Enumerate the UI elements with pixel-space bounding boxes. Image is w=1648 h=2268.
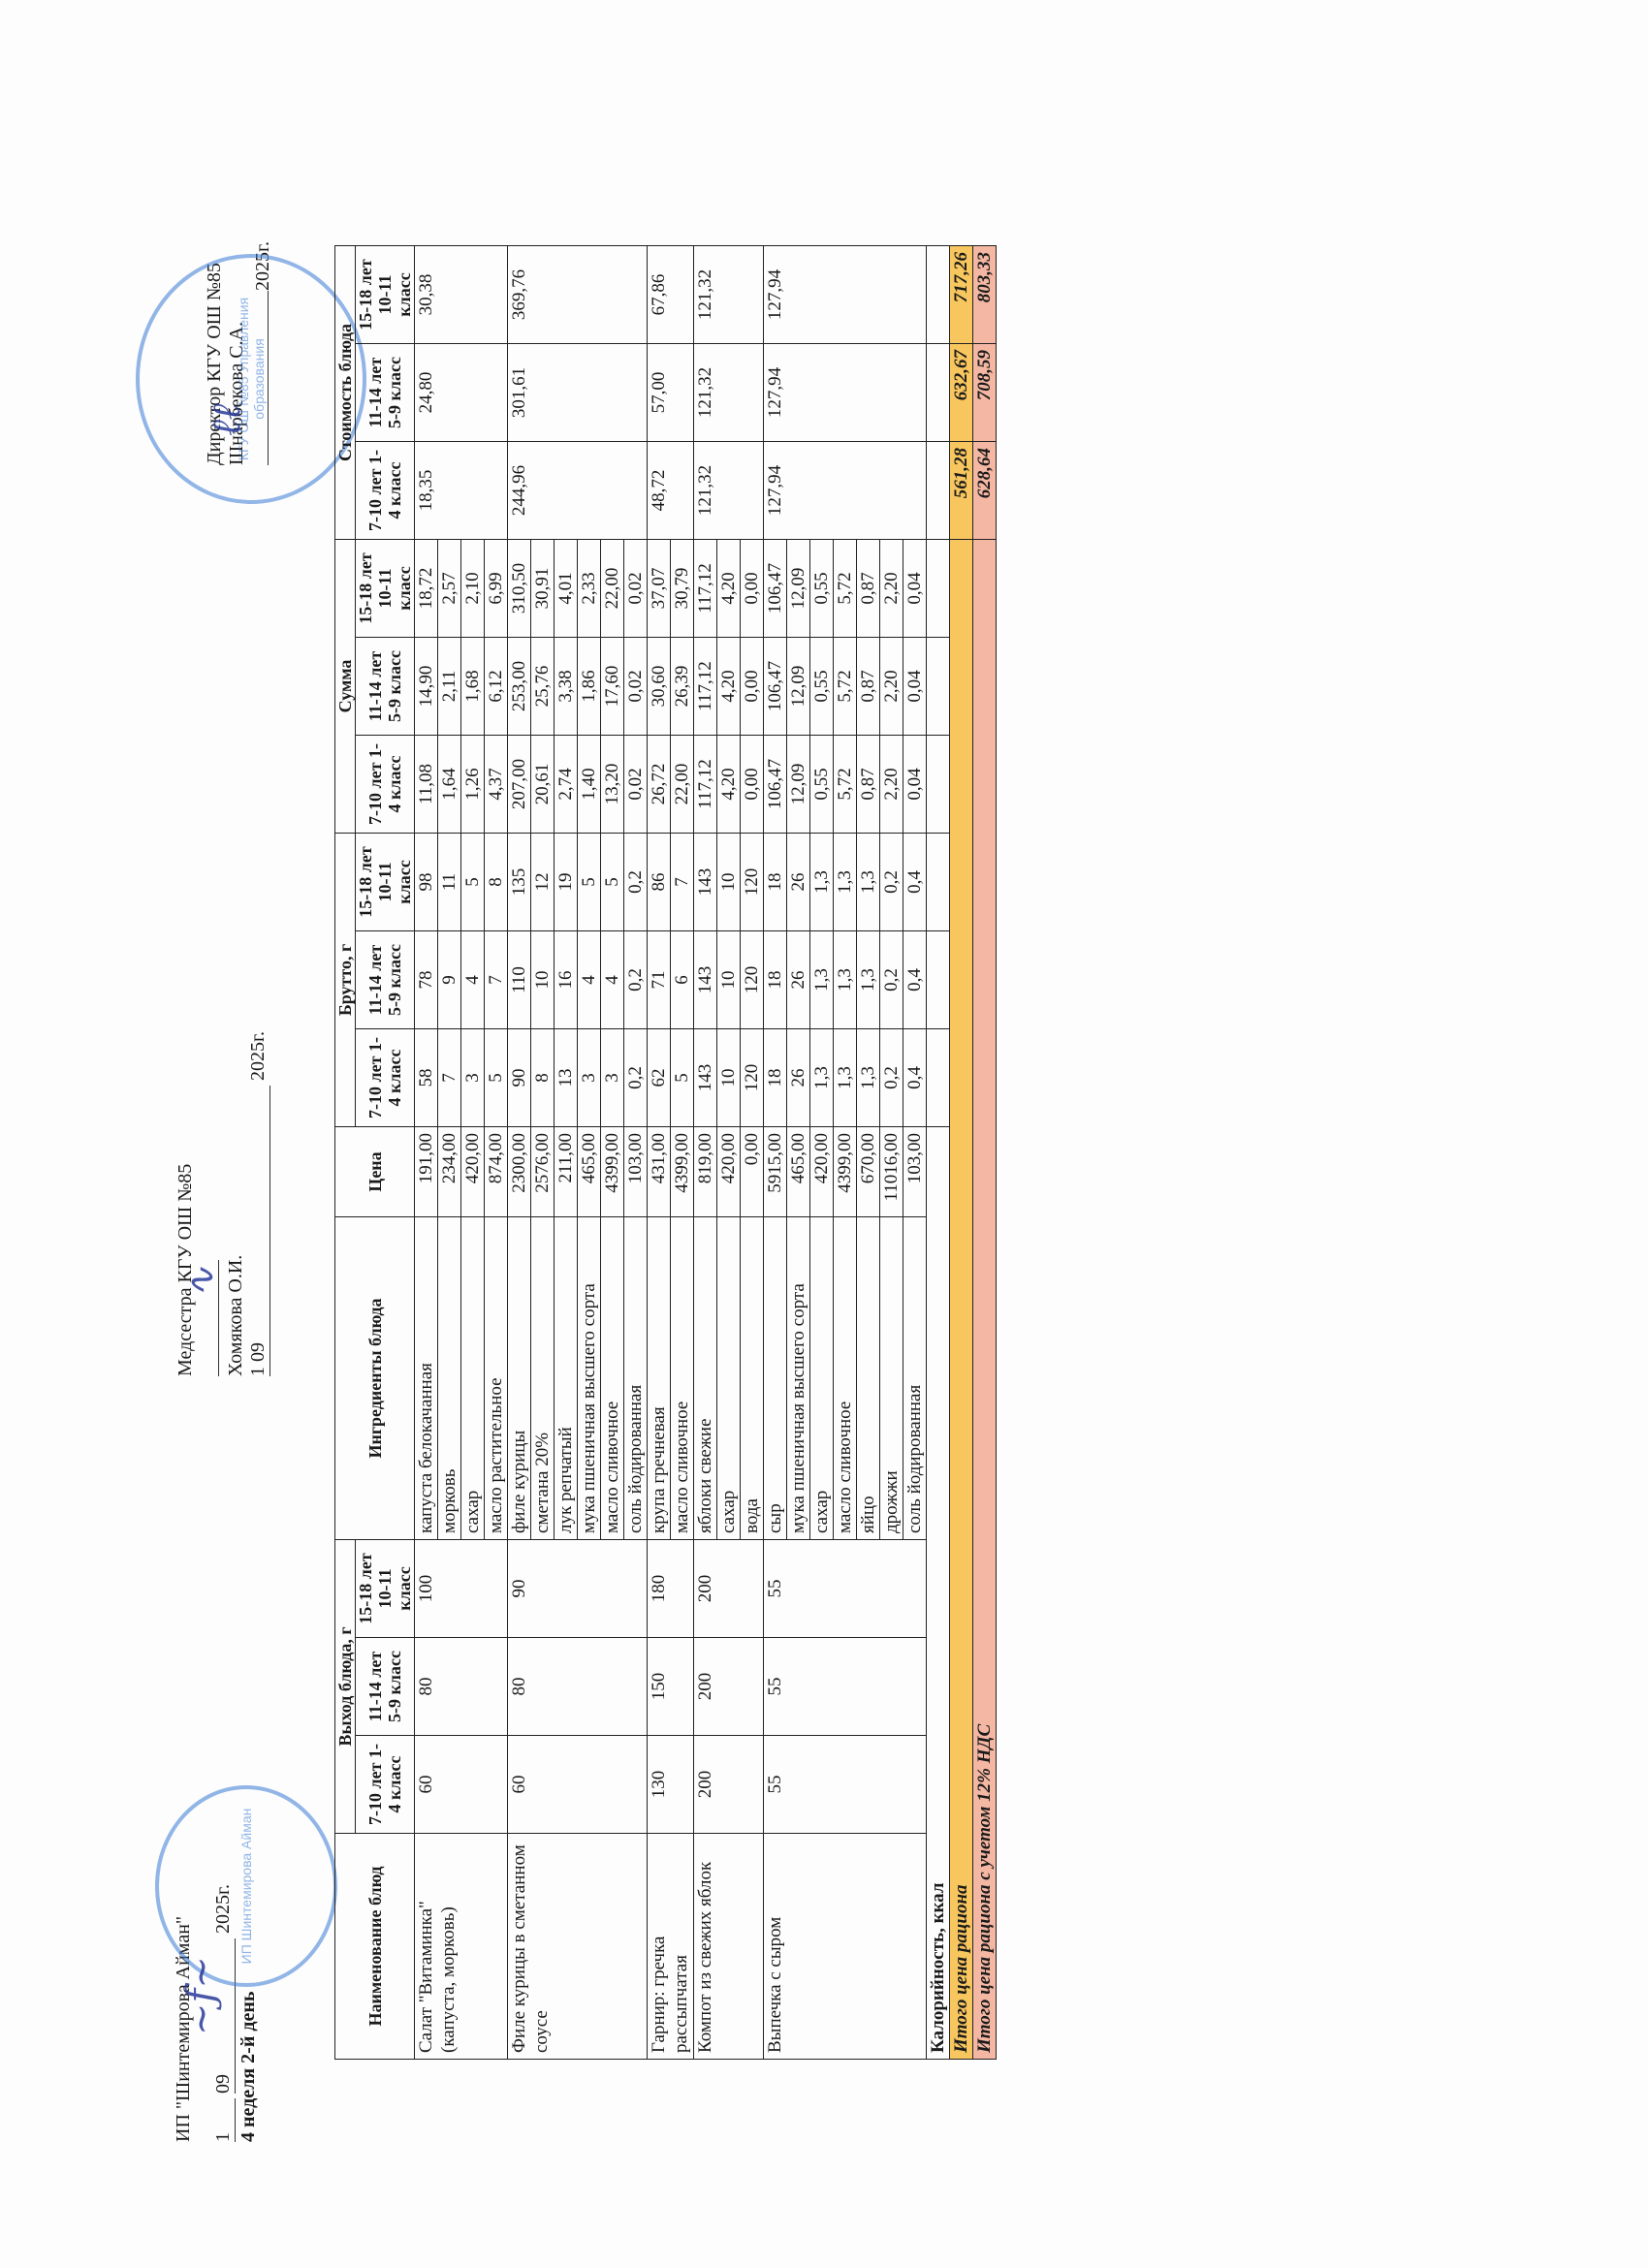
ingredient-name: морковь bbox=[438, 1217, 461, 1540]
ingredient-price: 103,00 bbox=[624, 1127, 648, 1217]
calories-cell bbox=[927, 246, 950, 344]
total-vat-row: Итого цена рациона с учетом 12% НДС628,6… bbox=[973, 246, 997, 2060]
ingredient-brutto: 120 bbox=[741, 834, 764, 931]
ingredient-sum: 1,40 bbox=[578, 736, 601, 834]
ingredient-sum: 1,86 bbox=[578, 638, 601, 736]
header-age-group: 11-14 лет 5-9 класс bbox=[356, 931, 415, 1029]
ingredient-name: масло растительное bbox=[485, 1217, 508, 1540]
ingredient-brutto: 3 bbox=[601, 1029, 624, 1127]
dish-cost: 121,32 bbox=[694, 246, 764, 344]
header-age-group: 11-14 лет 5-9 класс bbox=[356, 1638, 415, 1736]
ingredient-sum: 30,60 bbox=[648, 638, 671, 736]
header-yield: Выход блюда, г bbox=[335, 1540, 356, 1834]
dish-cost: 127,94 bbox=[764, 246, 927, 344]
nurse-title: Медсестра КГУ ОШ №85 bbox=[174, 1031, 197, 1376]
header-dish: Наименование блюд bbox=[335, 1834, 415, 2060]
ingredient-sum: 12,09 bbox=[787, 638, 810, 736]
ingredient-sum: 2,57 bbox=[438, 540, 461, 638]
ingredient-sum: 1,26 bbox=[461, 736, 485, 834]
ingredient-name: сахар bbox=[717, 1217, 741, 1540]
ingredient-sum: 12,09 bbox=[787, 540, 810, 638]
dish-cost: 121,32 bbox=[694, 442, 764, 540]
ingredient-price: 2576,00 bbox=[531, 1127, 555, 1217]
dish-cost: 67,86 bbox=[648, 246, 694, 344]
header-age-group: 7-10 лет 1-4 класс bbox=[356, 1736, 415, 1834]
ingredient-sum: 2,20 bbox=[880, 540, 903, 638]
ingredient-sum: 2,74 bbox=[555, 736, 578, 834]
ingredient-brutto: 143 bbox=[694, 834, 717, 931]
dish-name: Компот из свежих яблок bbox=[694, 1834, 764, 2060]
dish-cost: 369,76 bbox=[508, 246, 648, 344]
dish-name: Выпечка с сыром bbox=[764, 1834, 927, 2060]
ingredient-sum: 22,00 bbox=[671, 736, 694, 834]
ingredient-sum: 1,68 bbox=[461, 638, 485, 736]
menu-table: Наименование блюдВыход блюда, гИнгредиен… bbox=[334, 245, 997, 2060]
ingredient-sum: 25,76 bbox=[531, 638, 555, 736]
ingredient-price: 234,00 bbox=[438, 1127, 461, 1217]
supplier-date-day: 1 bbox=[212, 2098, 236, 2142]
header-age-group: 15-18 лет 10-11 класс bbox=[356, 246, 415, 344]
calories-cell bbox=[927, 540, 950, 638]
ingredient-brutto: 19 bbox=[555, 834, 578, 931]
total-vat-row-value: 708,59 bbox=[973, 344, 997, 442]
ingredient-brutto: 143 bbox=[694, 931, 717, 1029]
ingredient-sum: 4,37 bbox=[485, 736, 508, 834]
ingredient-brutto: 62 bbox=[648, 1029, 671, 1127]
ingredient-sum: 0,02 bbox=[624, 540, 648, 638]
ingredient-brutto: 58 bbox=[415, 1029, 438, 1127]
ingredient-sum: 310,50 bbox=[508, 540, 531, 638]
school-stamp: КГУ ОШ №85 Управления образования bbox=[136, 254, 366, 504]
ingredient-sum: 253,00 bbox=[508, 638, 531, 736]
ingredient-sum: 0,55 bbox=[810, 638, 834, 736]
dish-yield: 60 bbox=[508, 1736, 648, 1834]
ingredient-brutto: 143 bbox=[694, 1029, 717, 1127]
ingredient-brutto: 0,2 bbox=[880, 834, 903, 931]
ingredient-brutto: 1,3 bbox=[810, 834, 834, 931]
ingredient-brutto: 0,2 bbox=[624, 931, 648, 1029]
ingredient-brutto: 26 bbox=[787, 1029, 810, 1127]
dish-yield: 80 bbox=[415, 1638, 508, 1736]
dish-name: Филе курицы в сметанном соусе bbox=[508, 1834, 648, 2060]
ingredient-name: масло сливочное bbox=[834, 1217, 857, 1540]
dish-cost: 30,38 bbox=[415, 246, 508, 344]
ingredient-name: мука пшеничная высшего сорта bbox=[787, 1217, 810, 1540]
nurse-date: 1 09 bbox=[247, 1086, 270, 1376]
ingredient-brutto: 1,3 bbox=[857, 834, 880, 931]
total-vat-row-value: 803,33 bbox=[973, 246, 997, 344]
ingredient-sum: 0,00 bbox=[741, 736, 764, 834]
ingredient-price: 5915,00 bbox=[764, 1127, 787, 1217]
calories-cell bbox=[927, 1029, 950, 1127]
ingredient-price: 103,00 bbox=[903, 1127, 927, 1217]
ingredient-price: 4399,00 bbox=[834, 1127, 857, 1217]
ingredient-sum: 13,20 bbox=[601, 736, 624, 834]
dish-cost: 121,32 bbox=[694, 344, 764, 442]
ingredient-sum: 2,33 bbox=[578, 540, 601, 638]
ingredient-brutto: 18 bbox=[764, 834, 787, 931]
calories-row: Калорийность, ккал bbox=[927, 246, 950, 2060]
ingredient-sum: 0,55 bbox=[810, 736, 834, 834]
dish-yield: 130 bbox=[648, 1736, 694, 1834]
ingredient-brutto: 6 bbox=[671, 931, 694, 1029]
ingredient-sum: 4,01 bbox=[555, 540, 578, 638]
ingredient-sum: 106,47 bbox=[764, 736, 787, 834]
ingredient-brutto: 8 bbox=[531, 1029, 555, 1127]
ingredient-sum: 22,00 bbox=[601, 540, 624, 638]
ingredient-name: яйцо bbox=[857, 1217, 880, 1540]
ingredient-brutto: 10 bbox=[717, 834, 741, 931]
ingredient-brutto: 1,3 bbox=[810, 1029, 834, 1127]
ingredient-sum: 5,72 bbox=[834, 736, 857, 834]
nurse-signature: ∿ bbox=[179, 1266, 224, 1299]
ingredient-brutto: 5 bbox=[671, 1029, 694, 1127]
calories-cell bbox=[927, 344, 950, 442]
header-age-group: 15-18 лет 10-11 класс bbox=[356, 834, 415, 931]
ingredient-sum: 0,04 bbox=[903, 638, 927, 736]
total-row-value: 632,67 bbox=[950, 344, 973, 442]
ingredient-brutto: 90 bbox=[508, 1029, 531, 1127]
ingredient-sum: 6,99 bbox=[485, 540, 508, 638]
calories-cell bbox=[927, 638, 950, 736]
ingredient-price: 465,00 bbox=[578, 1127, 601, 1217]
ingredient-sum: 0,00 bbox=[741, 540, 764, 638]
ingredient-sum: 0,87 bbox=[857, 638, 880, 736]
total-row-value: 561,28 bbox=[950, 442, 973, 540]
dish-yield: 55 bbox=[764, 1638, 927, 1736]
ingredient-sum: 11,08 bbox=[415, 736, 438, 834]
ingredient-brutto: 0,4 bbox=[903, 1029, 927, 1127]
ingredient-name: соль йодированная bbox=[903, 1217, 927, 1540]
ingredient-sum: 30,91 bbox=[531, 540, 555, 638]
ingredient-price: 0,00 bbox=[741, 1127, 764, 1217]
ingredient-name: мука пшеничная высшего сорта bbox=[578, 1217, 601, 1540]
ingredient-brutto: 12 bbox=[531, 834, 555, 931]
ingredient-sum: 117,12 bbox=[694, 540, 717, 638]
ingredient-sum: 0,00 bbox=[741, 638, 764, 736]
calories-cell bbox=[927, 834, 950, 931]
ingredient-brutto: 18 bbox=[764, 931, 787, 1029]
ingredient-name: сметана 20% bbox=[531, 1217, 555, 1540]
ingredient-sum: 106,47 bbox=[764, 540, 787, 638]
ingredient-sum: 2,20 bbox=[880, 638, 903, 736]
header-price: Цена bbox=[335, 1127, 415, 1217]
dish-yield: 90 bbox=[508, 1540, 648, 1638]
ingredient-sum: 37,07 bbox=[648, 540, 671, 638]
ingredient-price: 420,00 bbox=[810, 1127, 834, 1217]
ingredient-brutto: 10 bbox=[717, 1029, 741, 1127]
ingredient-sum: 5,72 bbox=[834, 638, 857, 736]
ingredient-sum: 5,72 bbox=[834, 540, 857, 638]
dish-yield: 150 bbox=[648, 1638, 694, 1736]
ingredient-brutto: 71 bbox=[648, 931, 671, 1029]
total-vat-row-label: Итого цена рациона с учетом 12% НДС bbox=[973, 540, 997, 2060]
ingredient-brutto: 78 bbox=[415, 931, 438, 1029]
ingredient-brutto: 18 bbox=[764, 1029, 787, 1127]
ingredient-price: 819,00 bbox=[694, 1127, 717, 1217]
ingredient-brutto: 120 bbox=[741, 931, 764, 1029]
ingredient-brutto: 120 bbox=[741, 1029, 764, 1127]
nurse-date-year: 2025г. bbox=[247, 1031, 269, 1081]
ingredient-sum: 207,00 bbox=[508, 736, 531, 834]
ingredient-name: вода bbox=[741, 1217, 764, 1540]
supplier-signature: ~ƒ~ bbox=[179, 1956, 224, 2035]
dish-cost: 24,80 bbox=[415, 344, 508, 442]
ingredient-name: дрожжи bbox=[880, 1217, 903, 1540]
ingredient-sum: 4,20 bbox=[717, 540, 741, 638]
ingredient-brutto: 8 bbox=[485, 834, 508, 931]
dish-cost: 48,72 bbox=[648, 442, 694, 540]
ingredient-price: 670,00 bbox=[857, 1127, 880, 1217]
header-age-group: 11-14 лет 5-9 класс bbox=[356, 344, 415, 442]
dish-name: Салат "Витаминка" (капуста, морковь) bbox=[415, 1834, 508, 2060]
header-age-group: 15-18 лет 10-11 класс bbox=[356, 1540, 415, 1638]
ingredient-sum: 117,12 bbox=[694, 638, 717, 736]
ingredient-brutto: 10 bbox=[531, 931, 555, 1029]
ingredient-price: 420,00 bbox=[717, 1127, 741, 1217]
dish-cost: 127,94 bbox=[764, 344, 927, 442]
ingredient-sum: 0,02 bbox=[624, 736, 648, 834]
header-cost: Стоимость блюда bbox=[335, 246, 356, 540]
ingredient-brutto: 0,4 bbox=[903, 834, 927, 931]
ingredient-sum: 17,60 bbox=[601, 638, 624, 736]
ingredient-price: 4399,00 bbox=[601, 1127, 624, 1217]
ingredient-name: сыр bbox=[764, 1217, 787, 1540]
header-brutto: Брутто, г bbox=[335, 834, 356, 1127]
ingredient-name: яблоки свежие bbox=[694, 1217, 717, 1540]
total-row-value: 717,26 bbox=[950, 246, 973, 344]
menu-document: ИП "Шинтемирова Айман" 1 09 2025г. 4 нед… bbox=[165, 39, 1231, 2152]
dish-yield: 180 bbox=[648, 1540, 694, 1638]
ingredient-sum: 0,04 bbox=[903, 540, 927, 638]
ingredient-name: филе курицы bbox=[508, 1217, 531, 1540]
ingredient-brutto: 5 bbox=[485, 1029, 508, 1127]
dish-cost: 244,96 bbox=[508, 442, 648, 540]
ingredient-brutto: 0,2 bbox=[880, 1029, 903, 1127]
ingredient-brutto: 4 bbox=[461, 931, 485, 1029]
ingredient-brutto: 0,4 bbox=[903, 931, 927, 1029]
dish-cost: 301,61 bbox=[508, 344, 648, 442]
ingredient-price: 4399,00 bbox=[671, 1127, 694, 1217]
ingredient-sum: 2,10 bbox=[461, 540, 485, 638]
ingredient-name: сахар bbox=[461, 1217, 485, 1540]
ingredient-brutto: 4 bbox=[601, 931, 624, 1029]
header-age-group: 11-14 лет 5-9 класс bbox=[356, 638, 415, 736]
ingredient-row: Компот из свежих яблок200200200яблоки св… bbox=[694, 246, 717, 2060]
ingredient-brutto: 13 bbox=[555, 1029, 578, 1127]
ingredient-sum: 0,87 bbox=[857, 736, 880, 834]
ingredient-sum: 1,64 bbox=[438, 736, 461, 834]
director-signature: ℓℓ bbox=[204, 404, 249, 436]
ingredient-sum: 4,20 bbox=[717, 736, 741, 834]
ingredient-sum: 2,11 bbox=[438, 638, 461, 736]
total-row: Итого цена рациона561,28632,67717,26 bbox=[950, 246, 973, 2060]
ingredient-brutto: 5 bbox=[578, 834, 601, 931]
calories-cell bbox=[927, 442, 950, 540]
ingredient-sum: 0,55 bbox=[810, 540, 834, 638]
dish-yield: 80 bbox=[508, 1638, 648, 1736]
ingredient-row: Выпечка с сыром555555сыр5915,00181818106… bbox=[764, 246, 787, 2060]
ingredient-sum: 3,38 bbox=[555, 638, 578, 736]
ingredient-sum: 117,12 bbox=[694, 736, 717, 834]
header-age-group: 7-10 лет 1-4 класс bbox=[356, 736, 415, 834]
ingredient-price: 465,00 bbox=[787, 1127, 810, 1217]
ingredient-name: масло сливочное bbox=[601, 1217, 624, 1540]
ingredient-brutto: 0,2 bbox=[624, 1029, 648, 1127]
dish-yield: 200 bbox=[694, 1736, 764, 1834]
nurse-approval: Медсестра КГУ ОШ №85 Хомякова О.И. 1 09 … bbox=[174, 1031, 270, 1376]
calories-cell bbox=[927, 931, 950, 1029]
header-age-group: 7-10 лет 1-4 класс bbox=[356, 442, 415, 540]
header-row-groups: Наименование блюдВыход блюда, гИнгредиен… bbox=[335, 246, 356, 2060]
dish-yield: 200 bbox=[694, 1638, 764, 1736]
ingredient-brutto: 7 bbox=[485, 931, 508, 1029]
ingredient-brutto: 135 bbox=[508, 834, 531, 931]
ingredient-sum: 6,12 bbox=[485, 638, 508, 736]
ingredient-brutto: 7 bbox=[671, 834, 694, 931]
ingredient-price: 431,00 bbox=[648, 1127, 671, 1217]
ingredient-brutto: 1,3 bbox=[810, 931, 834, 1029]
ingredient-sum: 30,79 bbox=[671, 540, 694, 638]
ingredient-brutto: 9 bbox=[438, 931, 461, 1029]
ingredient-sum: 0,04 bbox=[903, 736, 927, 834]
ingredient-brutto: 1,3 bbox=[834, 834, 857, 931]
header-age-group: 15-18 лет 10-11 класс bbox=[356, 540, 415, 638]
dish-cost: 18,35 bbox=[415, 442, 508, 540]
ingredient-sum: 26,72 bbox=[648, 736, 671, 834]
ingredient-brutto: 0,2 bbox=[624, 834, 648, 931]
ingredient-sum: 20,61 bbox=[531, 736, 555, 834]
ingredient-sum: 12,09 bbox=[787, 736, 810, 834]
ingredient-brutto: 0,2 bbox=[880, 931, 903, 1029]
ingredient-brutto: 16 bbox=[555, 931, 578, 1029]
ingredient-sum: 14,90 bbox=[415, 638, 438, 736]
ingredient-brutto: 3 bbox=[461, 1029, 485, 1127]
header-ingredients: Ингредиенты блюда bbox=[335, 1217, 415, 1540]
ingredient-price: 11016,00 bbox=[880, 1127, 903, 1217]
ingredient-brutto: 11 bbox=[438, 834, 461, 931]
ingredient-brutto: 1,3 bbox=[834, 1029, 857, 1127]
ingredient-price: 191,00 bbox=[415, 1127, 438, 1217]
dish-yield: 200 bbox=[694, 1540, 764, 1638]
ingredient-row: Салат "Витаминка" (капуста, морковь)6080… bbox=[415, 246, 438, 2060]
ingredient-brutto: 1,3 bbox=[857, 1029, 880, 1127]
header-sum: Сумма bbox=[335, 540, 356, 834]
ingredient-name: капуста белокачанная bbox=[415, 1217, 438, 1540]
ingredient-price: 2300,00 bbox=[508, 1127, 531, 1217]
ingredient-sum: 2,20 bbox=[880, 736, 903, 834]
nurse-name: Хомякова О.И. bbox=[225, 1031, 247, 1376]
ingredient-brutto: 7 bbox=[438, 1029, 461, 1127]
ingredient-sum: 0,02 bbox=[624, 638, 648, 736]
ingredient-brutto: 3 bbox=[578, 1029, 601, 1127]
ingredient-sum: 106,47 bbox=[764, 638, 787, 736]
total-row-label: Итого цена рациона bbox=[950, 540, 973, 2060]
ingredient-name: сахар bbox=[810, 1217, 834, 1540]
total-vat-row-value: 628,64 bbox=[973, 442, 997, 540]
dish-yield: 55 bbox=[764, 1736, 927, 1834]
ingredient-brutto: 10 bbox=[717, 931, 741, 1029]
dish-yield: 60 bbox=[415, 1736, 508, 1834]
ingredient-brutto: 110 bbox=[508, 931, 531, 1029]
calories-cell bbox=[927, 736, 950, 834]
ingredient-brutto: 1,3 bbox=[834, 931, 857, 1029]
ingredient-sum: 0,87 bbox=[857, 540, 880, 638]
ingredient-price: 420,00 bbox=[461, 1127, 485, 1217]
ingredient-name: соль йодированная bbox=[624, 1217, 648, 1540]
dish-yield: 100 bbox=[415, 1540, 508, 1638]
ingredient-brutto: 5 bbox=[601, 834, 624, 931]
header-age-group: 7-10 лет 1-4 класс bbox=[356, 1029, 415, 1127]
ingredient-sum: 4,20 bbox=[717, 638, 741, 736]
ingredient-brutto: 1,3 bbox=[857, 931, 880, 1029]
ingredient-row: Филе курицы в сметанном соусе608090филе … bbox=[508, 246, 531, 2060]
ingredient-row: Гарнир: гречка рассыпчатая130150180крупа… bbox=[648, 246, 671, 2060]
ingredient-brutto: 26 bbox=[787, 834, 810, 931]
dish-cost: 57,00 bbox=[648, 344, 694, 442]
ingredient-price: 874,00 bbox=[485, 1127, 508, 1217]
ingredient-brutto: 98 bbox=[415, 834, 438, 931]
dish-yield: 55 bbox=[764, 1540, 927, 1638]
ingredient-brutto: 26 bbox=[787, 931, 810, 1029]
ingredient-price: 211,00 bbox=[555, 1127, 578, 1217]
ingredient-name: масло сливочное bbox=[671, 1217, 694, 1540]
ingredient-name: крупа гречневая bbox=[648, 1217, 671, 1540]
ingredient-name: лук репчатый bbox=[555, 1217, 578, 1540]
ingredient-sum: 26,39 bbox=[671, 638, 694, 736]
ingredient-sum: 18,72 bbox=[415, 540, 438, 638]
dish-cost: 127,94 bbox=[764, 442, 927, 540]
ingredient-brutto: 4 bbox=[578, 931, 601, 1029]
calories-label: Калорийность, ккал bbox=[927, 1127, 950, 2060]
ingredient-brutto: 5 bbox=[461, 834, 485, 931]
ingredient-brutto: 86 bbox=[648, 834, 671, 931]
dish-name: Гарнир: гречка рассыпчатая bbox=[648, 1834, 694, 2060]
